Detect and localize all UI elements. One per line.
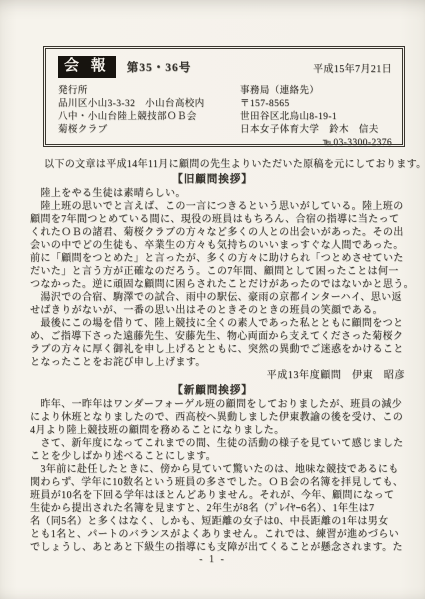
text-line: 陸上班の思いでと言えば、この一言につきるという思いがしている。陸上班の [30,200,407,213]
office-label: 事務局（連絡先） [240,85,392,98]
text-line: 名（同5名）と多くはなく、しかも、短距離の女子は0、中長距離の1年は男女 [30,515,407,528]
scanned-newsletter-page: 会 報 第35・36号 平成15年7月21日 発行所 品川区小山3-3-32 小… [0,0,425,599]
section-heading-old-advisor: 【旧顧問挨拶】 [0,173,425,186]
text-line: 湯沢での合宿、駒澤での試合、雨中の駅伝、豪雨の京都インターハイ、思い返 [30,291,407,304]
text-line: 関わらず、学年に10数名という班員の多さでした。ＯＢ会の名簿を拝見しても、 [30,476,407,489]
text-line: 4月より陸上競技班の顧問を務めることになりました。 [30,424,407,437]
header-contact-row: 発行所 品川区小山3-3-32 小山台高校内八中・小山台陸上競技部ＯＢ会菊桜クラ… [58,85,392,150]
text-line: つなかった。逆に頑固な顧問に困らされたことだけがあったのではないかと思う。 [30,278,407,291]
text-line: 前に「顧問をつとめた」と言ったが、多くの方々に助けられ「つとめさせていた [30,252,407,265]
publisher-lines: 品川区小山3-3-32 小山台高校内八中・小山台陸上競技部ＯＢ会菊桜クラブ [58,98,240,137]
text-line: により休班となりましたので、西高校へ異動しました伊東教諭の後を受け、この [30,411,407,424]
office-line: 世田谷区北烏山8-19-1 [240,111,392,124]
text-line: でしょうし、あとあと下級生の指導にも支障が出てくることが懸念されます。た [30,541,407,554]
new-advisor-body: 昨年、一昨年はワンダーフォーゲル班の顧問をしておりましたが、班員の減少により休班… [30,398,407,554]
text-line: め、ご指導下さった遠藤先生、安藤先生、物心両面から支えてくださった菊桜ク [30,330,407,343]
text-line: 顧問を7年間つとめている間に、現役の班員はもちろん、合宿の指導に当たって [30,213,407,226]
publisher-block: 発行所 品川区小山3-3-32 小山台高校内八中・小山台陸上競技部ＯＢ会菊桜クラ… [58,85,240,150]
new-advisor-section: 【新顧問挨拶】 昨年、一昨年はワンダーフォーゲル班の顧問をしておりましたが、班員… [0,384,425,554]
text-line: ラブの方々に厚く御礼を申し上げるとともに、突然の異動でご迷惑をかけること [30,343,407,356]
text-line: ことを少しばかり述べることにします。 [30,450,407,463]
text-line: くれたＯＢの諸君、菊桜クラブの方々など多くの人との出会いがあった。その出 [30,226,407,239]
old-advisor-body: 陸上をやる生徒は素晴らしい。 陸上班の思いでと言えば、この一言につきるという思い… [30,187,407,369]
publisher-line: 菊桜クラブ [58,124,240,137]
text-line: となったことをお詫び申し上げます。 [30,356,407,369]
masthead-row: 会 報 第35・36号 平成15年7月21日 [58,56,392,78]
masthead-box: 会 報 第35・36号 平成15年7月21日 発行所 品川区小山3-3-32 小… [43,46,405,147]
publisher-line: 品川区小山3-3-32 小山台高校内 [58,98,240,111]
text-line: 陸上をやる生徒は素晴らしい。 [30,187,407,200]
text-line: 会いの中でどの生徒も、卒業生の方々も気持ちのいいまっすぐな人間であった。 [30,239,407,252]
office-block: 事務局（連絡先） 〒157-8565世田谷区北烏山8-19-1日本女子体育大学 … [240,85,392,150]
office-phone: ℡03-3300-2376 [240,137,392,150]
issue-date: 平成15年7月21日 [313,60,392,75]
office-lines: 〒157-8565世田谷区北烏山8-19-1日本女子体育大学 鈴木 信夫 [240,98,392,137]
old-advisor-section: 【旧顧問挨拶】 陸上をやる生徒は素晴らしい。 陸上班の思いでと言えば、この一言に… [0,173,425,382]
text-line: 最後にこの場を借りて、陸上競技に全くの素人であった私とともに顧問をつと [30,317,407,330]
text-line: とも1名と、パートのバランスがよくありません。これでは、練習が進めづらい [30,528,407,541]
publisher-line: 八中・小山台陸上競技部ＯＢ会 [58,111,240,124]
page-number: - 1 - [0,554,425,565]
issue-number: 第35・36号 [127,59,192,75]
publisher-label: 発行所 [58,85,240,98]
bulletin-title: 会 報 [58,56,116,78]
text-line: 昨年、一昨年はワンダーフォーゲル班の顧問をしておりましたが、班員の減少 [30,398,407,411]
section-heading-new-advisor: 【新顧問挨拶】 [0,384,425,397]
text-line: だいた」と言う方が正確なのだろう。この7年間、顧問として困ったことは何一 [30,265,407,278]
office-line: 〒157-8565 [240,98,392,111]
intro-note: 以下の文章は平成14年11月に顧問の先生よりいただいた原稿を元にしております。 [30,158,407,171]
text-line: 3年前に赴任したときに、傍から見ていて驚いたのは、地味な競技であるにも [30,463,407,476]
text-line: せばきりがないが、一番の思い出はそのときそのときの班員の笑顔である。 [30,304,407,317]
text-line: 生徒から提出された名簿を見ますと、2年生が8名（ﾌﾟﾚｲﾔｰ6名）、1年生は7 [30,502,407,515]
text-line: 班員が10名を下回る学年はほとんどありません。それが、今年、顧問になって [30,489,407,502]
old-advisor-signature: 平成13年度顧問 伊東 昭彦 [0,369,405,382]
text-line: さて、新年度になってこれまでの間、生徒の活動の様子を見ていて感じました [30,437,407,450]
office-line: 日本女子体育大学 鈴木 信夫 [240,124,392,137]
